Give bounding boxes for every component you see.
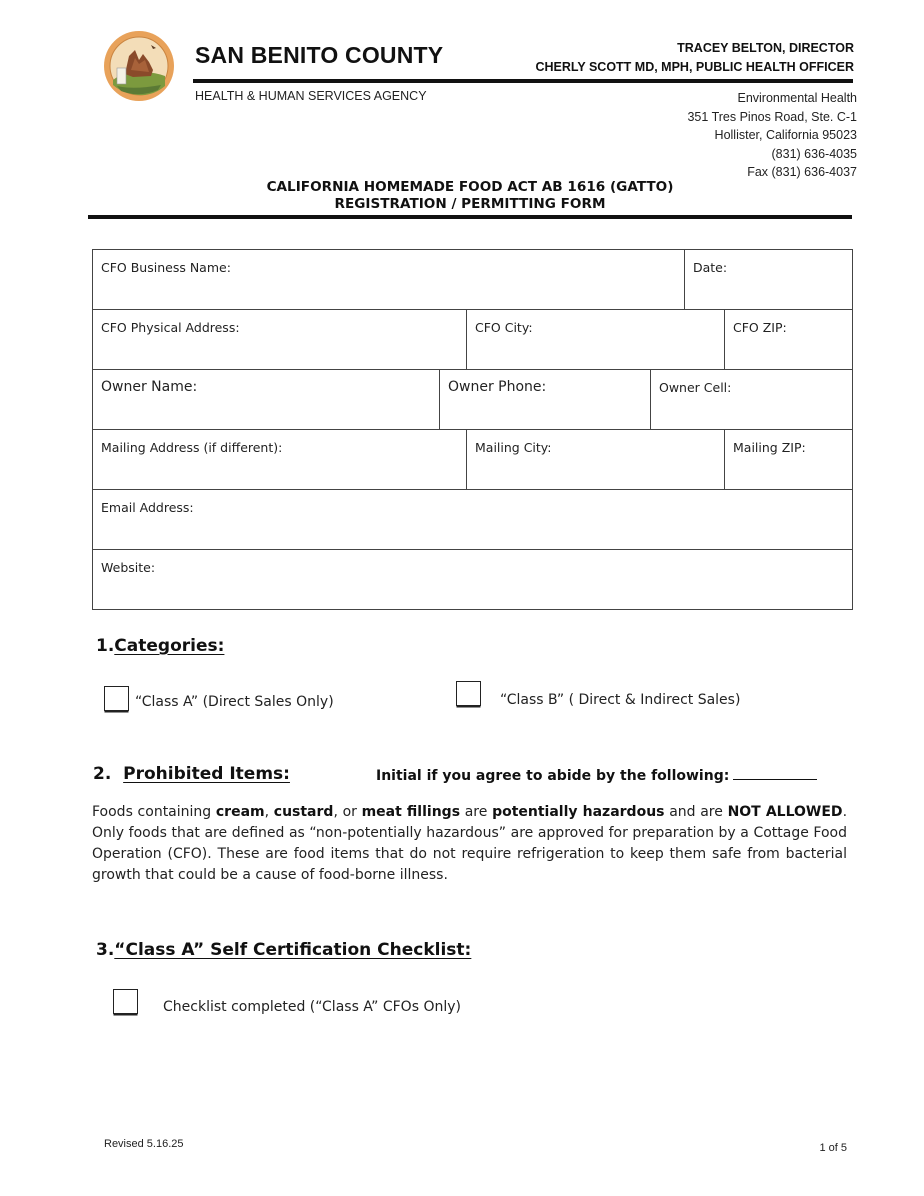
website-label: Website: xyxy=(101,560,155,575)
website-field[interactable]: Website: xyxy=(93,550,852,610)
owner-phone-field[interactable]: Owner Phone: xyxy=(439,370,650,429)
paragraph-emphasis: meat fillings xyxy=(362,804,460,820)
zip-input[interactable] xyxy=(725,338,852,369)
title-divider xyxy=(88,215,852,219)
director-name: TRACEY BELTON, DIRECTOR xyxy=(535,39,854,58)
owner-name-field[interactable]: Owner Name: xyxy=(93,370,439,429)
owner-phone-label: Owner Phone: xyxy=(448,379,546,395)
paragraph-emphasis: NOT ALLOWED xyxy=(728,804,843,820)
city-state-zip: Hollister, California 95023 xyxy=(687,126,857,145)
initial-agreement: Initial if you agree to abide by the fol… xyxy=(376,765,817,784)
section-title: “Class A” Self Certification Checklist: xyxy=(114,940,471,960)
section-prohibited-heading: 2. Prohibited Items: xyxy=(93,764,290,784)
paragraph-text: , xyxy=(265,804,274,820)
county-seal-icon xyxy=(103,30,175,102)
date-input[interactable] xyxy=(685,278,852,309)
table-row: Email Address: xyxy=(93,490,852,550)
business-name-label: CFO Business Name: xyxy=(101,260,231,275)
mailing-address-label: Mailing Address (if different): xyxy=(101,440,282,455)
phone-number: (831) 636-4035 xyxy=(687,145,857,164)
contact-block: Environmental Health 351 Tres Pinos Road… xyxy=(687,89,857,182)
table-row: Mailing Address (if different): Mailing … xyxy=(93,430,852,490)
officials-block: TRACEY BELTON, DIRECTOR CHERLY SCOTT MD,… xyxy=(535,39,854,77)
mailing-city-field[interactable]: Mailing City: xyxy=(466,430,724,489)
owner-cell-field[interactable]: Owner Cell: xyxy=(650,370,852,429)
paragraph-text: and are xyxy=(665,804,728,820)
email-input[interactable] xyxy=(93,518,852,549)
paragraph-text: Foods containing xyxy=(92,804,216,820)
table-row: Website: xyxy=(93,550,852,610)
header-divider xyxy=(193,79,853,83)
initial-prompt: Initial if you agree to abide by the fol… xyxy=(376,768,729,784)
owner-name-input[interactable] xyxy=(93,398,439,429)
city-input[interactable] xyxy=(467,338,724,369)
section-title: Categories: xyxy=(114,636,224,656)
section-categories-heading: 1.Categories: xyxy=(96,636,224,656)
mailing-city-input[interactable] xyxy=(467,458,724,489)
revision-date: Revised 5.16.25 xyxy=(104,1138,184,1150)
section-number: 1. xyxy=(96,636,114,656)
business-name-input[interactable] xyxy=(93,278,684,309)
zip-field[interactable]: CFO ZIP: xyxy=(724,310,852,369)
paragraph-emphasis: cream xyxy=(216,804,265,820)
health-officer-name: CHERLY SCOTT MD, MPH, PUBLIC HEALTH OFFI… xyxy=(535,58,854,77)
owner-name-label: Owner Name: xyxy=(101,379,197,395)
physical-address-field[interactable]: CFO Physical Address: xyxy=(93,310,466,369)
section-title: Prohibited Items: xyxy=(123,764,290,784)
checklist-completed-label: Checklist completed (“Class A” CFOs Only… xyxy=(163,999,461,1015)
section-checklist-heading: 3.“Class A” Self Certification Checklist… xyxy=(96,940,471,960)
form-title-line2: REGISTRATION / PERMITTING FORM xyxy=(88,196,852,213)
physical-address-label: CFO Physical Address: xyxy=(101,320,240,335)
table-row: CFO Business Name: Date: xyxy=(93,250,852,310)
zip-label: CFO ZIP: xyxy=(733,320,787,335)
table-row: CFO Physical Address: CFO City: CFO ZIP: xyxy=(93,310,852,370)
section-number: 2. xyxy=(93,764,111,784)
initial-input[interactable] xyxy=(733,765,817,780)
form-title: CALIFORNIA HOMEMADE FOOD ACT AB 1616 (GA… xyxy=(88,179,852,213)
city-field[interactable]: CFO City: xyxy=(466,310,724,369)
business-name-field[interactable]: CFO Business Name: xyxy=(93,250,684,309)
mailing-city-label: Mailing City: xyxy=(475,440,552,455)
paragraph-emphasis: custard xyxy=(274,804,334,820)
mailing-zip-input[interactable] xyxy=(725,458,852,489)
paragraph-emphasis: potentially hazardous xyxy=(492,804,664,820)
email-label: Email Address: xyxy=(101,500,194,515)
form-title-line1: CALIFORNIA HOMEMADE FOOD ACT AB 1616 (GA… xyxy=(88,179,852,196)
department-name: Environmental Health xyxy=(687,89,857,108)
date-field[interactable]: Date: xyxy=(684,250,852,309)
table-row: Owner Name: Owner Phone: Owner Cell: xyxy=(93,370,852,430)
class-b-label: “Class B” ( Direct & Indirect Sales) xyxy=(500,692,740,708)
owner-phone-input[interactable] xyxy=(440,398,650,429)
checklist-completed-checkbox[interactable] xyxy=(113,989,138,1014)
mailing-address-input[interactable] xyxy=(93,458,466,489)
owner-cell-label: Owner Cell: xyxy=(659,380,731,395)
county-name: SAN BENITO COUNTY xyxy=(195,42,443,69)
email-field[interactable]: Email Address: xyxy=(93,490,852,549)
class-b-checkbox[interactable] xyxy=(456,681,481,706)
section-number: 3. xyxy=(96,940,114,960)
agency-name: HEALTH & HUMAN SERVICES AGENCY xyxy=(195,89,427,103)
paragraph-text: are xyxy=(460,804,492,820)
mailing-zip-field[interactable]: Mailing ZIP: xyxy=(724,430,852,489)
website-input[interactable] xyxy=(93,578,852,610)
registration-table: CFO Business Name: Date: CFO Physical Ad… xyxy=(92,249,853,610)
prohibited-items-paragraph: Foods containing cream, custard, or meat… xyxy=(92,802,847,886)
date-label: Date: xyxy=(693,260,727,275)
city-label: CFO City: xyxy=(475,320,533,335)
class-a-label: “Class A” (Direct Sales Only) xyxy=(135,694,334,710)
class-a-checkbox[interactable] xyxy=(104,686,129,711)
physical-address-input[interactable] xyxy=(93,338,466,369)
street-address: 351 Tres Pinos Road, Ste. C-1 xyxy=(687,108,857,127)
paragraph-text: , or xyxy=(333,804,361,820)
owner-cell-input[interactable] xyxy=(651,398,852,429)
page-number: 1 of 5 xyxy=(819,1142,847,1154)
mailing-address-field[interactable]: Mailing Address (if different): xyxy=(93,430,466,489)
mailing-zip-label: Mailing ZIP: xyxy=(733,440,806,455)
